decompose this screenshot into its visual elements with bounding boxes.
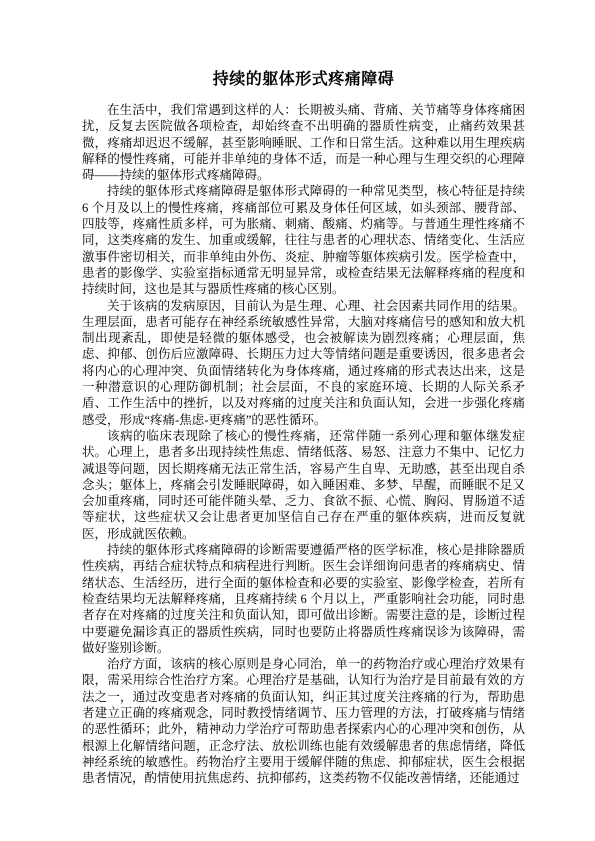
paragraph: 持续的躯体形式疼痛障碍的诊断需要遵循严格的医学标准，核心是排除器质性疾病，再结合… [82,542,525,656]
document-content: 持续的躯体形式疼痛障碍 在生活中，我们常遇到这样的人：长期被头痛、背痛、关节痛等… [82,70,525,786]
paragraph: 持续的躯体形式疼痛障碍是躯体形式障碍的一种常见类型，核心特征是持续 6 个月及以… [82,183,525,297]
paragraph: 治疗方面，该病的核心原则是身心同治，单一的药物治疗或心理治疗效果有限，需采用综合… [82,656,525,786]
paragraph: 在生活中，我们常遇到这样的人：长期被头痛、背痛、关节痛等身体疼痛困扰，反复去医院… [82,102,525,183]
page-title: 持续的躯体形式疼痛障碍 [82,70,525,90]
paragraph: 该病的临床表现除了核心的慢性疼痛，还常伴随一系列心理和躯体继发症状。心理上，患者… [82,428,525,542]
paragraph: 关于该病的发病原因，目前认为是生理、心理、社会因素共同作用的结果。生理层面，患者… [82,298,525,428]
document-page: 持续的躯体形式疼痛障碍 在生活中，我们常遇到这样的人：长期被头痛、背痛、关节痛等… [0,0,595,841]
